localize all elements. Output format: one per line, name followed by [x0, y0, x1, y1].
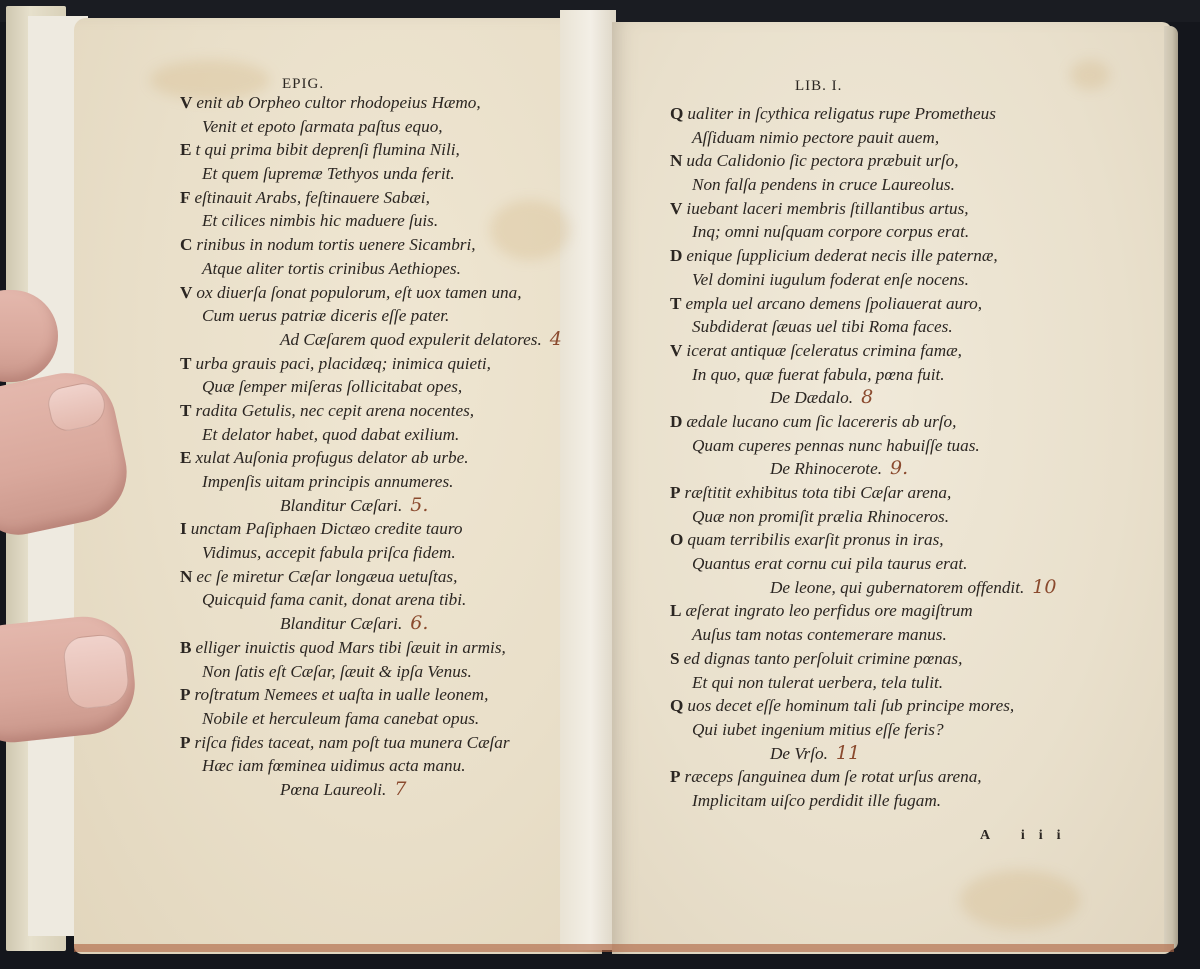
initial-letter: T	[670, 294, 681, 313]
verse-line: Venit et epoto ſarmata paſtus equo,	[180, 115, 600, 139]
verse-line: Subdiderat ſæuas uel tibi Roma faces.	[670, 315, 1070, 339]
line-text: Auſus tam notas contemerare manus.	[692, 625, 947, 644]
line-text: Impenſis uitam principis annumeres.	[202, 472, 453, 491]
initial-letter: L	[670, 601, 681, 620]
initial-letter: V	[670, 199, 682, 218]
verse-line: Præceps ſanguinea dum ſe rotat urſus are…	[670, 765, 1070, 789]
initial-letter: Q	[670, 104, 683, 123]
verse-line: Vel domini iugulum foderat enſe nocens.	[670, 268, 1070, 292]
line-text: De Vrſo.	[770, 744, 828, 763]
initial-letter: I	[180, 519, 187, 538]
left-page-text: Venit ab Orpheo cultor rhodopeius Hæmo,V…	[180, 91, 600, 802]
verse-line: Et cilices nimbis hic maduere ſuis.	[180, 209, 600, 233]
paper-stain	[960, 870, 1080, 930]
handwritten-epigram-number: 8	[861, 386, 873, 408]
line-text: Non falſa pendens in cruce Laureolus.	[692, 175, 955, 194]
verse-line: Quos decet eſſe hominum tali ſub princip…	[670, 694, 1070, 718]
verse-line: Proſtratum Nemees et uaſta in ualle leon…	[180, 683, 600, 707]
verse-line: Cum uerus patriæ diceris eſſe pater.	[180, 304, 600, 328]
epigram-title: De Dædalo.8	[670, 386, 1070, 410]
epigram-title: Pœna Laureoli.7	[180, 778, 600, 802]
verse-line: Et qui prima bibit deprenſi flumina Nili…	[180, 138, 600, 162]
line-text: Atque aliter tortis crinibus Aethiopes.	[202, 259, 461, 278]
line-text: ec ſe miretur Cæſar longæua uetuſtas,	[196, 567, 457, 586]
verse-line: Tradita Getulis, nec cepit arena nocente…	[180, 399, 600, 423]
verse-line: Et delator habet, quod dabat exilium.	[180, 423, 600, 447]
verse-line: Atque aliter tortis crinibus Aethiopes.	[180, 257, 600, 281]
verse-line: Quæ non promiſit prælia Rhinoceros.	[670, 505, 1070, 529]
line-text: uos decet eſſe hominum tali ſub principe…	[687, 696, 1014, 715]
verse-line: Præſtitit exhibitus tota tibi Cæſar aren…	[670, 481, 1070, 505]
line-text: unctam Paſiphaen Dictæo credite tauro	[191, 519, 463, 538]
verse-line: Impenſis uitam principis annumeres.	[180, 470, 600, 494]
line-text: Subdiderat ſæuas uel tibi Roma faces.	[692, 317, 953, 336]
handwritten-epigram-number: 6.	[410, 612, 428, 634]
epigram-title: Blanditur Cæſari.6.	[180, 612, 600, 636]
verse-line: Hæc iam fœminea uidimus acta manu.	[180, 754, 600, 778]
fingernail	[45, 379, 109, 434]
line-text: Et delator habet, quod dabat exilium.	[202, 425, 459, 444]
handwritten-epigram-number: 9.	[890, 457, 908, 479]
verse-line: Quæ ſemper miſeras ſollicitabat opes,	[180, 375, 600, 399]
initial-letter: E	[180, 140, 191, 159]
initial-letter: P	[670, 767, 681, 786]
verse-line: Vicerat antiquæ ſceleratus crimina famæ,	[670, 339, 1070, 363]
initial-letter: O	[670, 530, 683, 549]
verse-line: Turba grauis paci, placidæq; inimica qui…	[180, 352, 600, 376]
initial-letter: S	[670, 649, 680, 668]
verse-line: Et qui non tulerat uerbera, tela tulit.	[670, 671, 1070, 695]
line-text: De leone, qui gubernatorem offendit.	[770, 578, 1024, 597]
verse-line: Nobile et herculeum fama canebat opus.	[180, 707, 600, 731]
initial-letter: P	[180, 685, 191, 704]
line-text: rinibus in nodum tortis uenere Sicambri,	[196, 235, 475, 254]
epigram-title: Blanditur Cæſari.5.	[180, 494, 600, 518]
verse-line: In quo, quæ fuerat fabula, pœna fuit.	[670, 363, 1070, 387]
verse-line: Nec ſe miretur Cæſar longæua uetuſtas,	[180, 565, 600, 589]
line-text: Cum uerus patriæ diceris eſſe pater.	[202, 306, 449, 325]
handwritten-epigram-number: 11	[836, 742, 860, 764]
right-page-text: Qualiter in ſcythica religatus rupe Prom…	[670, 102, 1070, 813]
verse-line: Non falſa pendens in cruce Laureolus.	[670, 173, 1070, 197]
verse-line: Non ſatis eſt Cæſar, ſæuit & ipſa Venus.	[180, 660, 600, 684]
epigram-title: De Vrſo.11	[670, 742, 1070, 766]
verse-line: Exulat Auſonia profugus delator ab urbe.	[180, 446, 600, 470]
initial-letter: T	[180, 401, 191, 420]
line-text: Et quem ſupremæ Tethyos unda ferit.	[202, 164, 455, 183]
line-text: æſerat ingrato leo perfidus ore magiſtru…	[685, 601, 972, 620]
initial-letter: Q	[670, 696, 683, 715]
handwritten-epigram-number: 4	[550, 328, 562, 350]
line-text: De Dædalo.	[770, 388, 853, 407]
epigram-title: Ad Cæſarem quod expulerit delatores.4	[180, 328, 600, 352]
book-bottom-edge	[74, 944, 1174, 952]
initial-letter: D	[670, 246, 682, 265]
line-text: Ad Cæſarem quod expulerit delatores.	[280, 330, 542, 349]
line-text: riſca fides taceat, nam poſt tua munera …	[195, 733, 510, 752]
line-text: urba grauis paci, placidæq; inimica quie…	[195, 354, 491, 373]
verse-line: Nuda Calidonio ſic pectora præbuit urſo,	[670, 149, 1070, 173]
line-text: ed dignas tanto perſoluit crimine pœnas,	[684, 649, 963, 668]
line-text: ualiter in ſcythica religatus rupe Prome…	[687, 104, 996, 123]
page-block-edge	[1164, 26, 1178, 950]
verse-line: Dædale lucano cum ſic lacereris ab urſo,	[670, 410, 1070, 434]
verse-line: Auſus tam notas contemerare manus.	[670, 623, 1070, 647]
verse-line: Inq; omni nuſquam corpore corpus erat.	[670, 220, 1070, 244]
line-text: Quicquid fama canit, donat arena tibi.	[202, 590, 466, 609]
verse-line: Denique ſupplicium dederat necis ille pa…	[670, 244, 1070, 268]
line-text: Quantus erat cornu cui pila taurus erat.	[692, 554, 967, 573]
verse-line: Implicitam uiſco perdidit ille fugam.	[670, 789, 1070, 813]
verse-line: Vox diuerſa ſonat populorum, eſt uox tam…	[180, 281, 600, 305]
line-text: roſtratum Nemees et uaſta in ualle leone…	[195, 685, 489, 704]
initial-letter: E	[180, 448, 191, 467]
verse-line: Belliger inuictis quod Mars tibi ſæuit i…	[180, 636, 600, 660]
line-text: Et qui non tulerat uerbera, tela tulit.	[692, 673, 943, 692]
thumbnail	[62, 632, 131, 710]
line-text: Et cilices nimbis hic maduere ſuis.	[202, 211, 438, 230]
line-text: ræceps ſanguinea dum ſe rotat urſus aren…	[685, 767, 982, 786]
initial-letter: P	[670, 483, 681, 502]
epigram-title: De leone, qui gubernatorem offendit.10	[670, 576, 1070, 600]
line-text: Hæc iam fœminea uidimus acta manu.	[202, 756, 466, 775]
epigram-title: De Rhinocerote.9.	[670, 457, 1070, 481]
line-text: Quam cuperes pennas nunc habuiſſe tuas.	[692, 436, 980, 455]
line-text: elliger inuictis quod Mars tibi ſæuit in…	[195, 638, 505, 657]
line-text: uda Calidonio ſic pectora præbuit urſo,	[686, 151, 958, 170]
line-text: Blanditur Cæſari.	[280, 614, 402, 633]
line-text: Venit et epoto ſarmata paſtus equo,	[202, 117, 443, 136]
paper-stain	[1070, 60, 1110, 90]
handwritten-epigram-number: 10	[1032, 576, 1056, 598]
verse-line: Oquam terribilis exarſit pronus in iras,	[670, 528, 1070, 552]
line-text: enique ſupplicium dederat necis ille pat…	[686, 246, 997, 265]
line-text: t qui prima bibit deprenſi flumina Nili,	[195, 140, 459, 159]
line-text: icerat antiquæ ſceleratus crimina famæ,	[686, 341, 961, 360]
line-text: Nobile et herculeum fama canebat opus.	[202, 709, 479, 728]
line-text: Vidimus, accepit fabula priſca fidem.	[202, 543, 456, 562]
verse-line: Crinibus in nodum tortis uenere Sicambri…	[180, 233, 600, 257]
line-text: ræſtitit exhibitus tota tibi Cæſar arena…	[685, 483, 952, 502]
verse-line: Sed dignas tanto perſoluit crimine pœnas…	[670, 647, 1070, 671]
initial-letter: C	[180, 235, 192, 254]
verse-line: Viuebant laceri membris ſtillantibus art…	[670, 197, 1070, 221]
verse-line: Vidimus, accepit fabula priſca fidem.	[180, 541, 600, 565]
initial-letter: N	[670, 151, 682, 170]
line-text: ox diuerſa ſonat populorum, eſt uox tame…	[196, 283, 521, 302]
line-text: Blanditur Cæſari.	[280, 496, 402, 515]
line-text: Non ſatis eſt Cæſar, ſæuit & ipſa Venus.	[202, 662, 472, 681]
line-text: radita Getulis, nec cepit arena nocentes…	[195, 401, 474, 420]
line-text: Implicitam uiſco perdidit ille fugam.	[692, 791, 941, 810]
initial-letter: T	[180, 354, 191, 373]
line-text: ædale lucano cum ſic lacereris ab urſo,	[686, 412, 956, 431]
verse-line: Templa uel arcano demens ſpoliauerat aur…	[670, 292, 1070, 316]
verse-line: Læſerat ingrato leo perfidus ore magiſtr…	[670, 599, 1070, 623]
handwritten-epigram-number: 7	[394, 778, 406, 800]
line-text: Inq; omni nuſquam corpore corpus erat.	[692, 222, 969, 241]
verse-line: Feſtinauit Arabs, feſtinauere Sabæi,	[180, 186, 600, 210]
verse-line: Quam cuperes pennas nunc habuiſſe tuas.	[670, 434, 1070, 458]
line-text: Qui iubet ingenium mitius eſſe feris?	[692, 720, 944, 739]
line-text: Pœna Laureoli.	[280, 780, 386, 799]
line-text: eſtinauit Arabs, feſtinauere Sabæi,	[195, 188, 430, 207]
right-running-head: LIB. I.	[795, 78, 842, 95]
line-text: iuebant laceri membris ſtillantibus artu…	[686, 199, 968, 218]
line-text: enit ab Orpheo cultor rhodopeius Hæmo,	[196, 93, 480, 112]
line-text: Quæ ſemper miſeras ſollicitabat opes,	[202, 377, 462, 396]
line-text: quam terribilis exarſit pronus in iras,	[687, 530, 943, 549]
initial-letter: V	[670, 341, 682, 360]
line-text: De Rhinocerote.	[770, 459, 882, 478]
signature-mark: A iii	[980, 828, 1075, 844]
initial-letter: V	[180, 283, 192, 302]
verse-line: Et quem ſupremæ Tethyos unda ferit.	[180, 162, 600, 186]
verse-line: Qui iubet ingenium mitius eſſe feris?	[670, 718, 1070, 742]
verse-line: Aſſiduam nimio pectore pauit auem,	[670, 126, 1070, 150]
verse-line: Venit ab Orpheo cultor rhodopeius Hæmo,	[180, 91, 600, 115]
verse-line: Quantus erat cornu cui pila taurus erat.	[670, 552, 1070, 576]
verse-line: Priſca fides taceat, nam poſt tua munera…	[180, 731, 600, 755]
initial-letter: B	[180, 638, 191, 657]
line-text: xulat Auſonia profugus delator ab urbe.	[195, 448, 468, 467]
initial-letter: N	[180, 567, 192, 586]
initial-letter: D	[670, 412, 682, 431]
line-text: Vel domini iugulum foderat enſe nocens.	[692, 270, 969, 289]
line-text: Quæ non promiſit prælia Rhinoceros.	[692, 507, 949, 526]
initial-letter: V	[180, 93, 192, 112]
initial-letter: F	[180, 188, 191, 207]
verse-line: Quicquid fama canit, donat arena tibi.	[180, 588, 600, 612]
verse-line: Iunctam Paſiphaen Dictæo credite tauro	[180, 517, 600, 541]
line-text: empla uel arcano demens ſpoliauerat auro…	[685, 294, 982, 313]
line-text: In quo, quæ fuerat fabula, pœna fuit.	[692, 365, 945, 384]
initial-letter: P	[180, 733, 191, 752]
handwritten-epigram-number: 5.	[410, 494, 428, 516]
verse-line: Qualiter in ſcythica religatus rupe Prom…	[670, 102, 1070, 126]
line-text: Aſſiduam nimio pectore pauit auem,	[692, 128, 939, 147]
